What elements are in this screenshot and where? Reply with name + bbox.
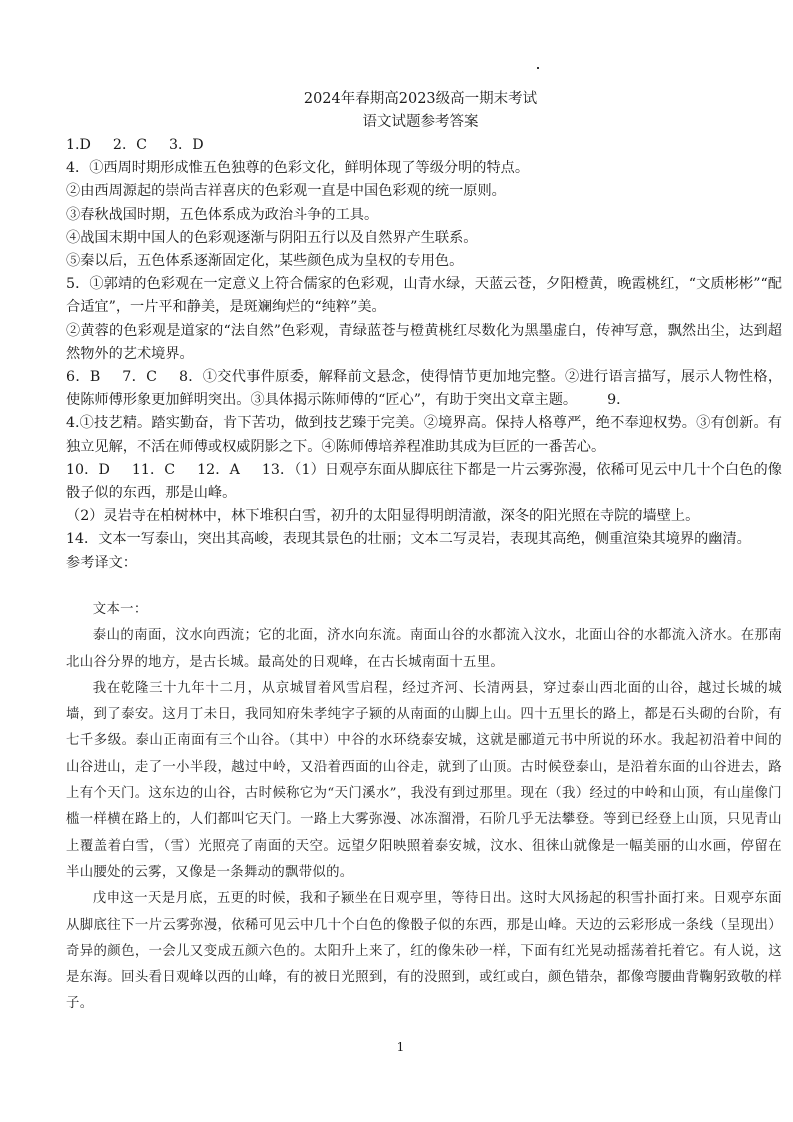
translation-subheading: 文本一： (66, 597, 782, 623)
answer-q4-point5: ⑤秦以后，五色体系逐渐固定化，某些颜色成为皇权的专用色。 (66, 250, 782, 273)
answer-q1: 1.D (66, 137, 91, 153)
answer-q5-point2: ②黄蓉的色彩观是道家的“法自然”色彩观，青绿蓝苍与橙黄桃红尽数化为黑墨虚白，传神… (66, 320, 782, 366)
document-page: 2024年春期高2023级高一期末考试 语文试题参考答案 1.D2．C3．D 4… (0, 0, 793, 1122)
answer-q4-point1: 4．①西周时期形成惟五色独尊的色彩文化，鲜明体现了等级分明的特点。 (66, 157, 782, 180)
answer-q14: 14．文本一写泰山，突出其高峻，表现其景色的壮丽；文本二写灵岩，表现其高绝，侧重… (66, 528, 782, 551)
answer-q5-point1: 5．①郭靖的色彩观在一定意义上符合儒家的色彩观，山青水绿，天蓝云苍，夕阳橙黄，晚… (66, 273, 782, 319)
answer-q6: 6．B (66, 369, 100, 385)
answer-q8: 8．①交代事件原委，解释前文悬念，使得情节更加地完整。②进行语言描写，展示人物性… (66, 369, 782, 408)
answer-q12: 12．A (197, 462, 240, 478)
translation-paragraph-1: 泰山的南面，汶水向西流；它的北面，济水向东流。南面山谷的水都流入汶水，北面山谷的… (66, 623, 782, 676)
scan-dot-mark (537, 67, 539, 69)
answer-q10: 10．D (66, 462, 110, 478)
answer-q4-point4: ④战国末期中国人的色彩观逐渐与阴阳五行以及自然界产生联系。 (66, 227, 782, 250)
answers-q6-8: 6．B7．C8．①交代事件原委，解释前文悬念，使得情节更加地完整。②进行语言描写… (66, 366, 782, 412)
answer-q4-point2: ②由西周源起的崇尚吉祥喜庆的色彩观一直是中国色彩观的统一原则。 (66, 180, 782, 203)
answer-q7: 7．C (122, 369, 157, 385)
answer-q2: 2．C (113, 137, 147, 153)
translation-paragraph-3: 戊申这一天是月底，五更的时候，我和子颍坐在日观亭里，等待日出。这时大风扬起的积雪… (66, 886, 782, 1017)
translation-heading: 参考译文： (66, 552, 782, 575)
document-subtitle: 语文试题参考答案 (24, 111, 793, 134)
answer-q11: 11．C (132, 462, 175, 478)
translation-paragraph-2: 我在乾隆三十九年十二月，从京城冒着风雪启程，经过齐河、长清两县，穿过泰山西北面的… (66, 676, 782, 886)
answer-q3: 3．D (169, 137, 204, 153)
answer-q4-point3: ③春秋战国时期，五色体系成为政治斗争的工具。 (66, 204, 782, 227)
answers-q1-3: 1.D2．C3．D (66, 134, 782, 157)
page-number: 1 (4, 1040, 793, 1054)
answers-q10-13: 10．D11．C12．A13．（1）日观亭东面从脚底往下都是一片云雾弥漫，依稀可… (66, 459, 782, 505)
translation-section: 文本一： 泰山的南面，汶水向西流；它的北面，济水向东流。南面山谷的水都流入汶水，… (66, 597, 782, 1018)
answer-q13-part2: （2）灵岩寺在柏树林中，林下堆积白雪，初升的太阳显得明朗清澈，深冬的阳光照在寺院… (66, 505, 782, 528)
answer-section: 1.D2．C3．D 4．①西周时期形成惟五色独尊的色彩文化，鲜明体现了等级分明的… (66, 134, 782, 575)
document-title: 2024年春期高2023级高一期末考试 (24, 88, 793, 111)
answer-q9: 4.①技艺精。踏实勤奋，肯下苦功，做到技艺臻于完美。②境界高。保持人格尊严，绝不… (66, 412, 782, 458)
answer-q9-label: 9． (607, 392, 630, 408)
